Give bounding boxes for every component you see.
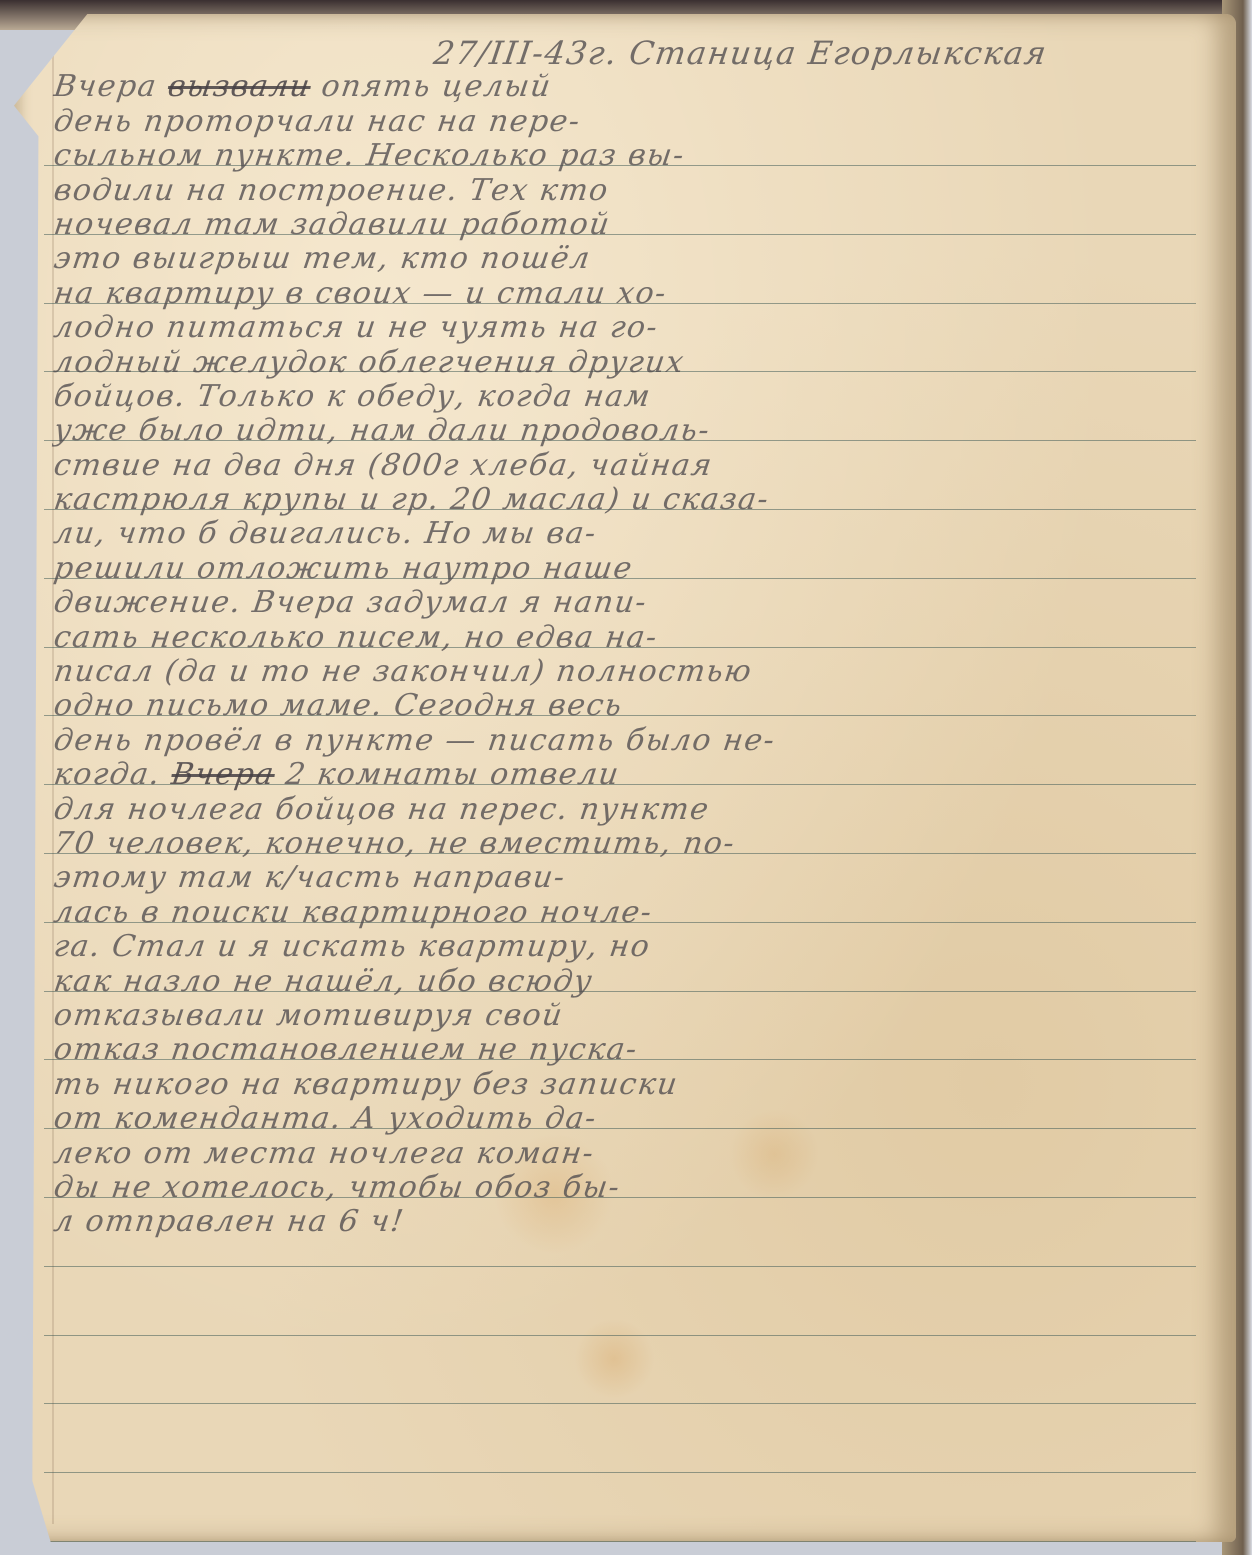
- entry-date: 27/III-43г.: [431, 36, 620, 70]
- handwritten-line: на квартиру в своих — и стали хо-: [52, 277, 1227, 311]
- handwritten-line: леко от места ночлега коман-: [52, 1137, 1227, 1171]
- handwritten-line: лодный желудок облегчения других: [52, 346, 1227, 380]
- handwritten-text: 27/III-43г. Станица Егорлыкская Вчера вы…: [54, 36, 1224, 1240]
- ruled-line: [44, 1472, 1196, 1473]
- handwritten-line: ствие на два дня (800г хлеба, чайная: [52, 449, 1227, 483]
- handwritten-line: как назло не нашёл, ибо всюду: [52, 965, 1227, 999]
- handwritten-line: ды не хотелось, чтобы обоз бы-: [52, 1171, 1227, 1205]
- ruled-line: [44, 1541, 1196, 1542]
- handwritten-line: ли, что б двигались. Но мы ва-: [52, 517, 1227, 551]
- ruled-line: [44, 1403, 1196, 1404]
- handwritten-line: отказывали мотивируя свой: [52, 999, 1227, 1033]
- handwritten-line: лась в поиски квартирного ночле-: [52, 896, 1227, 930]
- handwritten-line: решили отложить наутро наше: [52, 552, 1227, 586]
- handwritten-line: этому там к/часть направи-: [52, 861, 1227, 895]
- handwritten-line: лодно питаться и не чуять на го-: [52, 311, 1227, 345]
- handwritten-line: Вчера вызвали опять целый: [52, 70, 1227, 104]
- handwritten-line: кастрюля крупы и гр. 20 масла) и сказа-: [52, 483, 1227, 517]
- handwritten-line: водили на построение. Тех кто: [52, 174, 1227, 208]
- struck-out-word: Вчера: [169, 758, 277, 792]
- handwritten-line: сыльном пункте. Несколько раз вы-: [52, 139, 1227, 173]
- entry-header: 27/III-43г. Станица Егорлыкская: [52, 36, 1227, 70]
- handwritten-line: уже было идти, нам дали продоволь-: [52, 414, 1227, 448]
- handwritten-line: для ночлега бойцов на перес. пункте: [52, 793, 1227, 827]
- handwritten-line: день провёл в пункте — писать было не-: [52, 724, 1227, 758]
- handwritten-line: ть никого на квартиру без записки: [52, 1068, 1227, 1102]
- handwritten-line: л отправлен на 6 ч!: [52, 1205, 1227, 1239]
- handwritten-line: день проторчали нас на пере-: [52, 105, 1227, 139]
- handwritten-line: движение. Вчера задумал я напи-: [52, 586, 1227, 620]
- handwritten-line: от коменданта. А уходить да-: [52, 1102, 1227, 1136]
- ruled-line: [44, 1335, 1196, 1336]
- handwritten-line: это выигрыш тем, кто пошёл: [52, 242, 1227, 276]
- handwritten-line: когда. Вчера 2 комнаты отвели: [52, 758, 1227, 792]
- handwritten-line: писал (да и то не закончил) полностью: [52, 655, 1227, 689]
- handwritten-line: отказ постановлением не пуска-: [52, 1033, 1227, 1067]
- handwritten-line: одно письмо маме. Сегодня весь: [52, 689, 1227, 723]
- handwritten-line: ночевал там задавили работой: [52, 208, 1227, 242]
- struck-out-word: вызвали: [166, 70, 313, 104]
- ruled-line: [44, 1266, 1196, 1267]
- handwritten-line: сать несколько писем, но едва на-: [52, 621, 1227, 655]
- handwritten-line: бойцов. Только к обеду, когда нам: [52, 380, 1227, 414]
- handwritten-line: га. Стал и я искать квартиру, но: [52, 930, 1227, 964]
- notebook-page: 27/III-43г. Станица Егорлыкская Вчера вы…: [14, 14, 1236, 1542]
- handwritten-line: 70 человек, конечно, не вместить, по-: [52, 827, 1227, 861]
- entry-place: Станица Егорлыкская: [627, 36, 1050, 70]
